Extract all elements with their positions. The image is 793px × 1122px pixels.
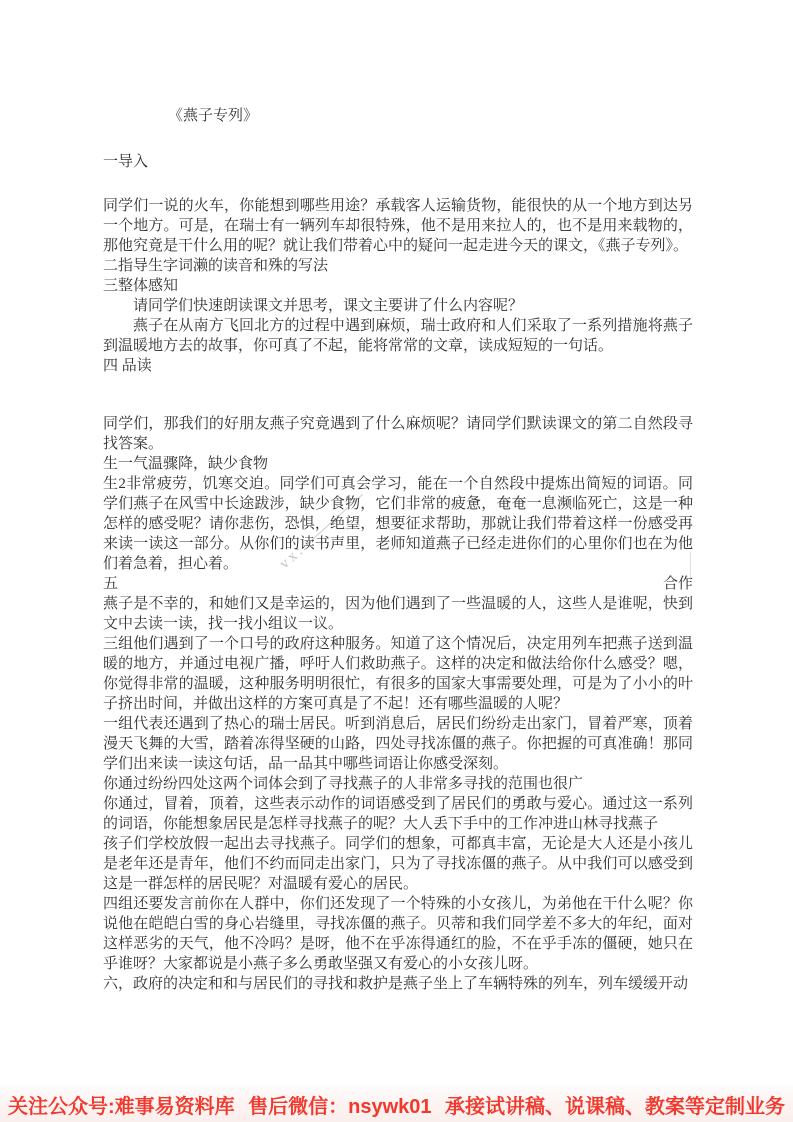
section-heading-four: 四 品读 bbox=[103, 356, 693, 376]
paragraph-intro: 同学们一说的火车，你能想到哪些用途？承载客人运输货物，能很快的从一个地方到达另一… bbox=[103, 196, 693, 256]
section-heading-two: 二指导生字词濑的读音和殊的写法 bbox=[103, 256, 693, 276]
section-five-label: 五 bbox=[103, 574, 118, 594]
banner-services-text: 承接试讲稿、说课稿、教案等定制业务 bbox=[445, 1090, 785, 1119]
promo-banner: 关注公众号:难事易资料库 售后微信：nsywk01 承接试讲稿、说课稿、教案等定… bbox=[0, 1085, 793, 1122]
banner-wechat-text: 售后微信：nsywk01 bbox=[248, 1090, 431, 1119]
watermark-tick bbox=[690, 552, 691, 580]
paragraph: 你通过纷纷四处这两个词体会到了寻找燕子的人非常多寻找的范围也很广 bbox=[103, 774, 693, 794]
paragraph: 三组他们遇到了一个口号的政府这种服务。知道了这个情况后，决定用列车把燕子送到温暖… bbox=[103, 634, 693, 714]
paragraph: 生2非常疲劳，饥寒交迫。同学们可真会学习，能在一个自然段中提炼出简短的词语。同学… bbox=[103, 474, 693, 574]
section-heading-intro: 一导入 bbox=[103, 152, 693, 172]
document-page: 《燕子专列》 一导入 同学们一说的火车，你能想到哪些用途？承载客人运输货物，能很… bbox=[0, 0, 793, 1122]
section-heading-six: 六，政府的决定和和与居民们的寻找和救护是燕子坐上了车辆特殊的列车，列车缓缓开动 bbox=[103, 974, 693, 994]
section-five-cooperate-label: 合作 bbox=[663, 574, 693, 594]
paragraph: 燕子是不幸的，和她们又是幸运的，因为他们遇到了一些温暖的人，这些人是谁呢，快到文… bbox=[103, 594, 693, 634]
paragraph: 你通过，冒着，顶着，这些表示动作的词语感受到了居民们的勇敢与爱心。通过这一系列的… bbox=[103, 794, 693, 834]
blank-line bbox=[103, 172, 693, 196]
section-heading-five: 五 合作 bbox=[103, 574, 693, 594]
paragraph: 四组还要发言前你在人群中，你们还发现了一个特殊的小女孩儿，为弟他在干什么呢？你说… bbox=[103, 894, 693, 974]
paragraph: 一组代表还遇到了热心的瑞士居民。听到消息后，居民们纷纷走出家门，冒着严寒，顶着漫… bbox=[103, 714, 693, 774]
document-body: 《燕子专列》 一导入 同学们一说的火车，你能想到哪些用途？承载客人运输货物，能很… bbox=[103, 106, 693, 994]
paragraph: 同学们，那我们的好朋友燕子究竟遇到了什么麻烦呢？请同学们默读课文的第二自然段寻找… bbox=[103, 414, 693, 454]
paragraph: 燕子在从南方飞回北方的过程中遇到麻烦，瑞士政府和人们采取了一系列措施将燕子到温暖… bbox=[103, 316, 693, 356]
paragraph: 生一气温骤降，缺少食物 bbox=[103, 454, 693, 474]
paragraph: 孩子们学校放假一起出去寻找燕子。同学们的想象，可都真丰富，无论是大人还是小孩儿是… bbox=[103, 834, 693, 894]
paragraph: 请同学们快速朗读课文并思考，课文主要讲了什么内容呢？ bbox=[103, 296, 693, 316]
blank-line bbox=[103, 126, 693, 152]
doc-title: 《燕子专列》 bbox=[103, 106, 693, 126]
banner-official-account-text: 关注公众号:难事易资料库 bbox=[8, 1090, 235, 1119]
section-heading-three: 三整体感知 bbox=[103, 276, 693, 296]
blank-line bbox=[103, 376, 693, 414]
